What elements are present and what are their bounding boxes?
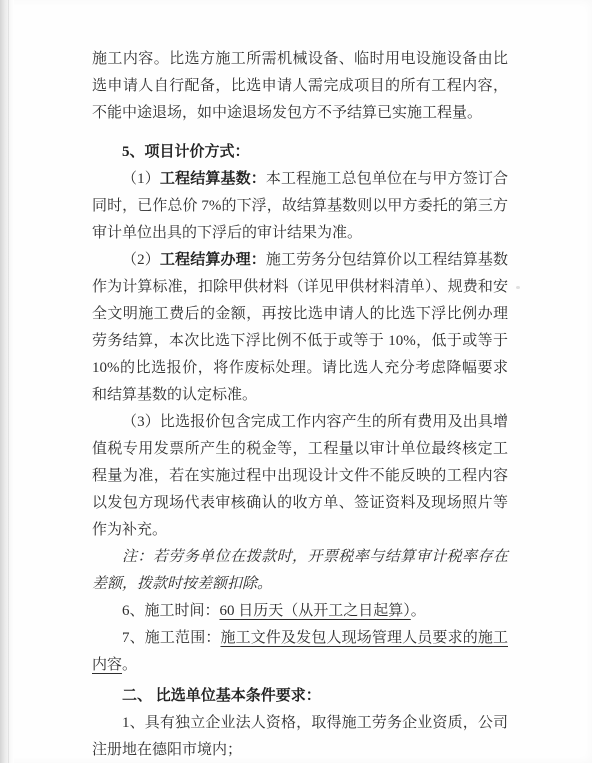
- text-run-normal: 施工劳务分包结算价以工程结算基数作为计算标准，扣除甲供材料（详见甲供材料清单）、…: [92, 252, 508, 403]
- text-run-normal: 施工内容。比选方施工所需机械设备、临时用电设施设备由比选申请人自行配备，比选申请…: [92, 51, 508, 121]
- text-run-normal: （3）比选报价包含完成工作内容产生的所有费用及出具增值税专用发票所产生的税金等，…: [92, 414, 508, 538]
- text-run-bold: 工程结算基数：: [160, 171, 266, 187]
- scan-edge-shadow: [0, 0, 14, 763]
- heading-section-2: 二、 比选单位基本条件要求：: [92, 683, 508, 710]
- text-run-normal: 1、具有独立企业法人资格，取得施工劳务企业资质，公司注册地在德阳市境内；: [92, 715, 508, 758]
- para-intro-continuation: 施工内容。比选方施工所需机械设备、临时用电设施设备由比选申请人自行配备，比选申请…: [92, 46, 508, 127]
- para-note: 注：若劳务单位在拨款时，开票税率与结算审计税率存在差额，拨款时按差额扣除。: [92, 544, 508, 598]
- text-run-normal: 6、施工时间：: [122, 603, 220, 619]
- text-run-normal: 7、施工范围：: [122, 630, 220, 646]
- text-run-normal: 注：若劳务单位在拨款时，开票税率与结算审计税率存在差额，拨款时按差额扣除。: [92, 549, 508, 592]
- para-item-5-1: （1）工程结算基数：本工程施工总包单位在与甲方签订合同时，已作总价 7%的下浮，…: [92, 166, 508, 247]
- scan-crease-line: [8, 0, 9, 763]
- text-run-normal: （1）: [122, 171, 160, 187]
- heading-item-5: 5、项目计价方式：: [92, 139, 508, 166]
- para-item-6: 6、施工时间：60 日历天（从开工之日起算）。: [92, 598, 508, 625]
- para-item-1: 1、具有独立企业法人资格，取得施工劳务企业资质，公司注册地在德阳市境内；: [92, 710, 508, 763]
- text-run-underline: 60 日历天（从开工之日起算）: [220, 603, 411, 619]
- text-run-bold: 5、项目计价方式：: [122, 144, 250, 160]
- para-item-5-2: （2）工程结算办理：施工劳务分包结算价以工程结算基数作为计算标准，扣除甲供材料（…: [92, 247, 508, 409]
- text-run-bold: 二、 比选单位基本条件要求：: [122, 688, 321, 704]
- text-run-bold: 工程结算办理：: [160, 252, 266, 268]
- text-run-normal: 。: [411, 603, 426, 619]
- para-item-5-3: （3）比选报价包含完成工作内容产生的所有费用及出具增值税专用发票所产生的税金等，…: [92, 409, 508, 544]
- para-item-7: 7、施工范围：施工文件及发包人现场管理人员要求的施工内容。: [92, 625, 508, 679]
- text-run-normal: 。: [122, 657, 137, 673]
- scanned-document-page: 施工内容。比选方施工所需机械设备、临时用电设施设备由比选申请人自行配备，比选申请…: [0, 0, 592, 763]
- document-text-block: 施工内容。比选方施工所需机械设备、临时用电设施设备由比选申请人自行配备，比选申请…: [92, 46, 508, 763]
- text-run-normal: （2）: [122, 252, 160, 268]
- scan-speck: [516, 286, 520, 289]
